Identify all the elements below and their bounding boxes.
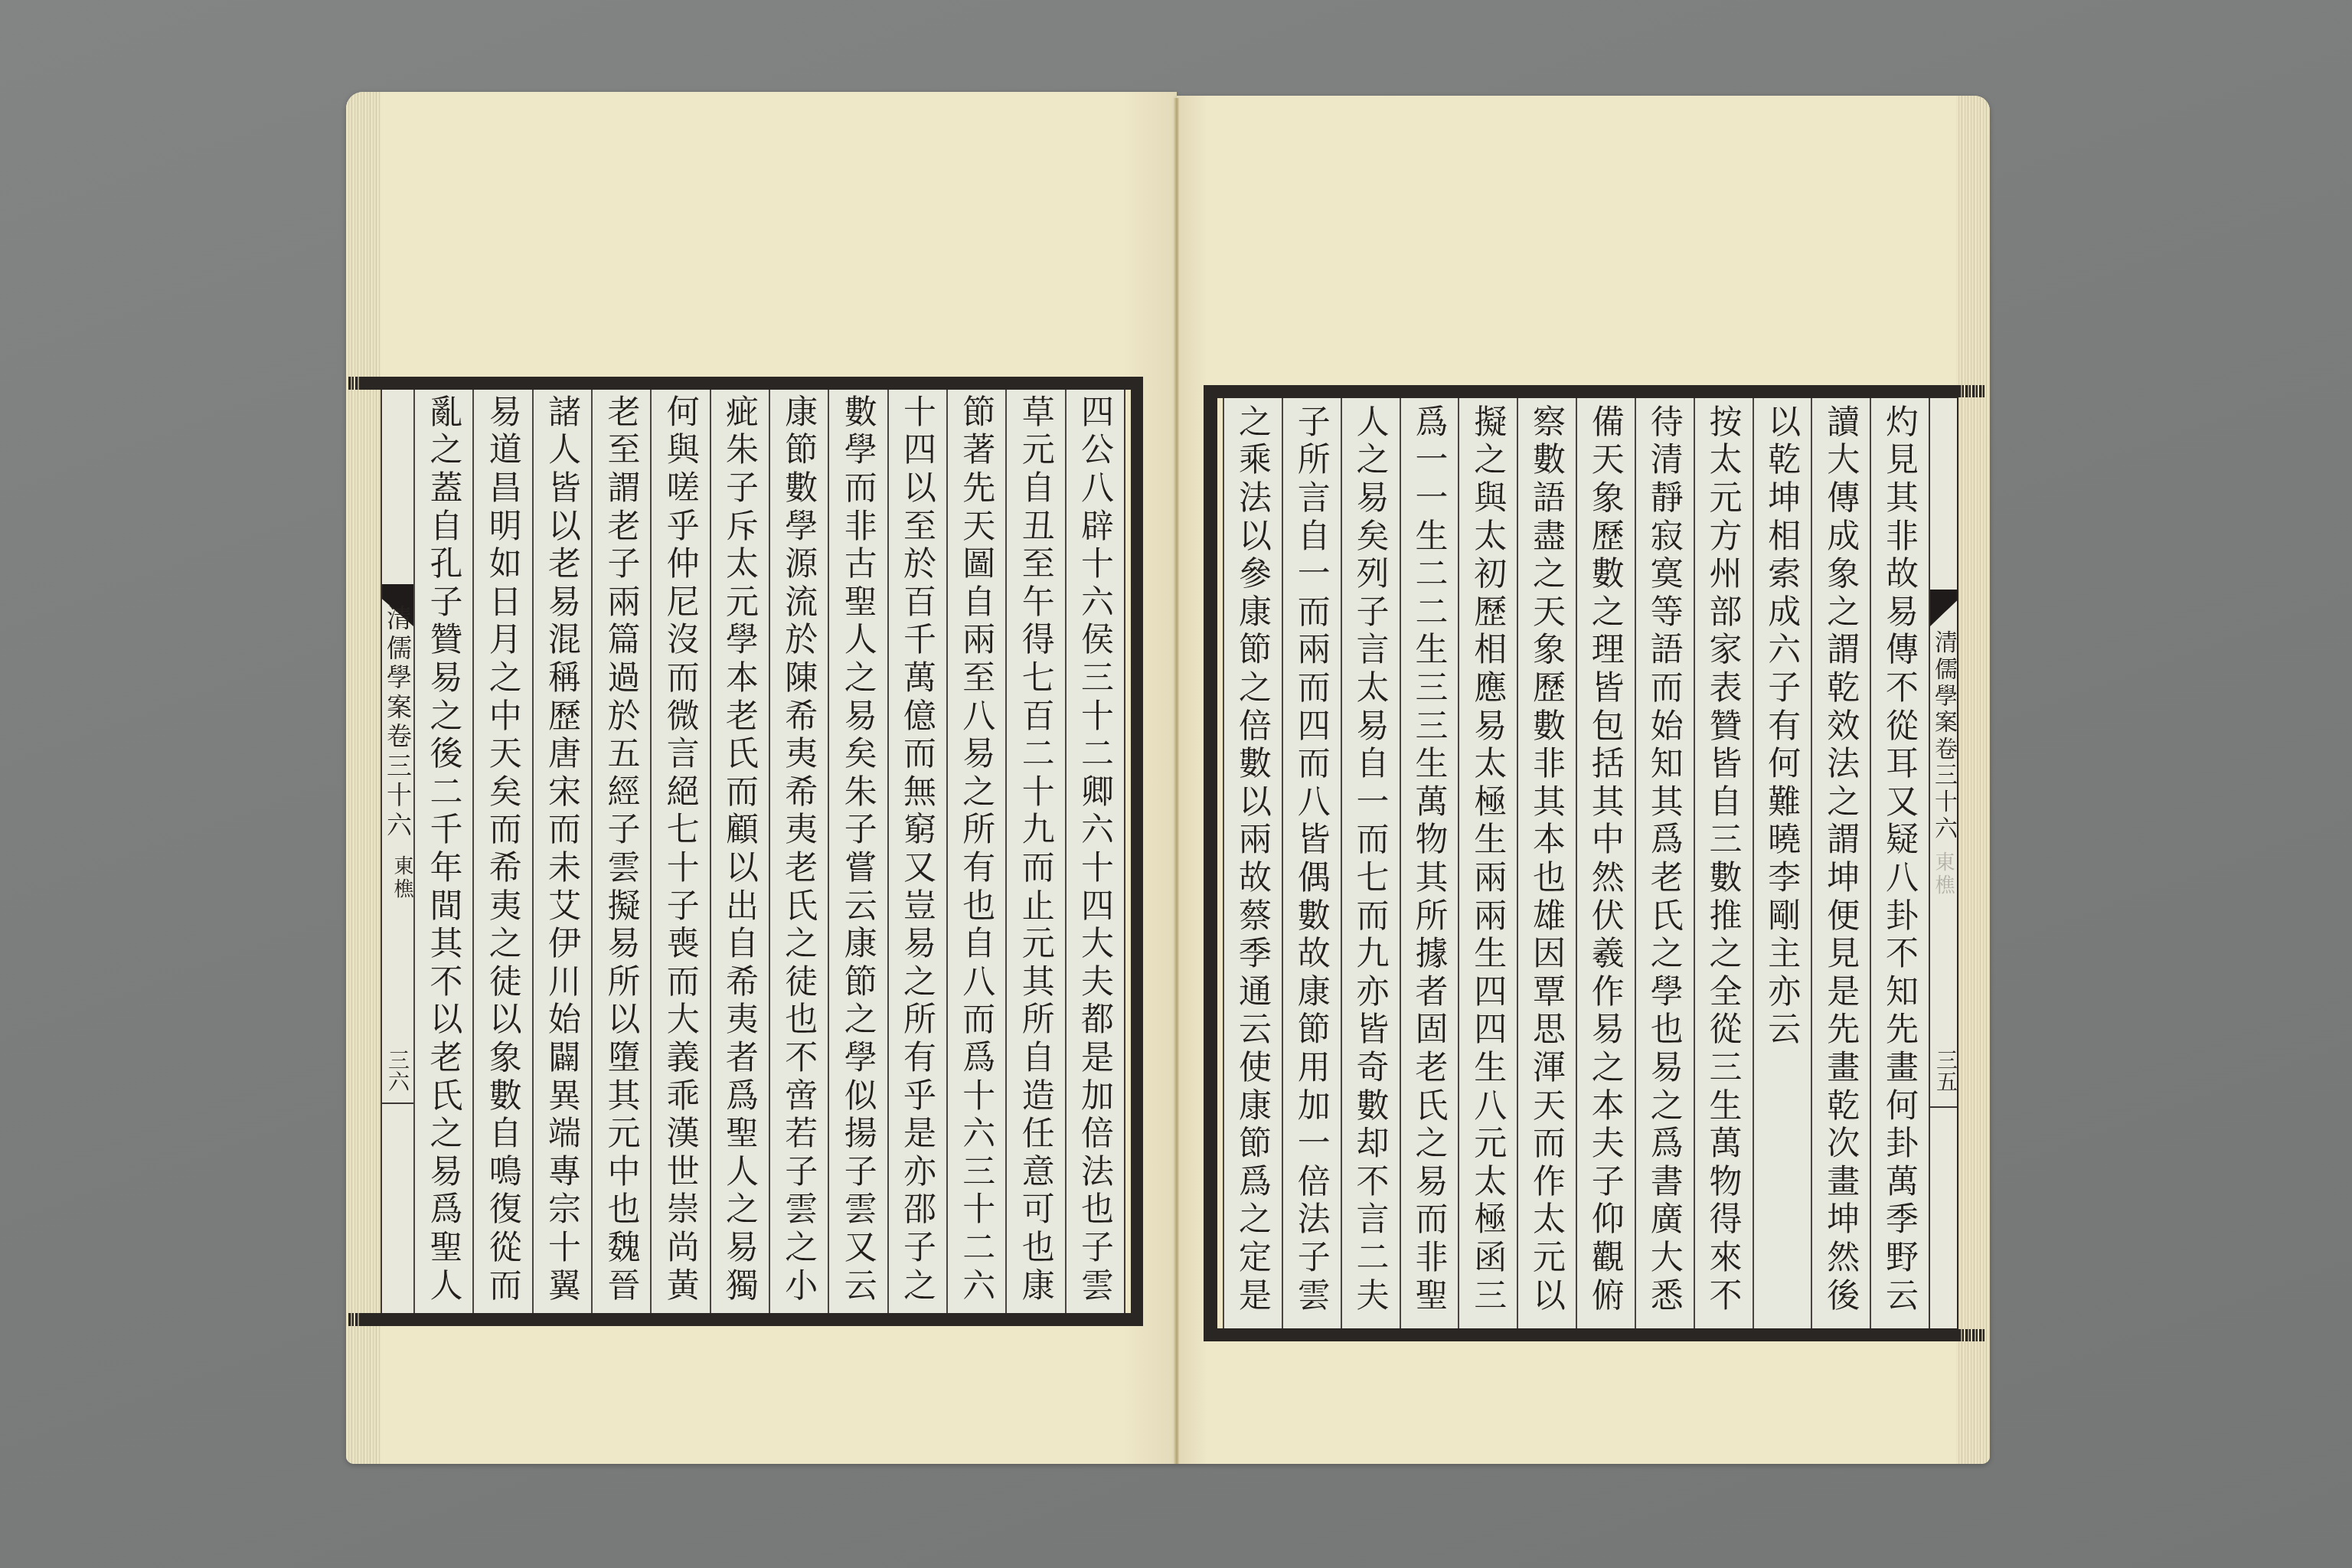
text-column: 之乘法以參康節之倍數以兩故蔡季通云使康節爲之定是: [1223, 398, 1282, 1328]
text-column: 節著先天圖自兩至八易之所有也自八而爲十六三十二六: [946, 390, 1005, 1313]
text-column: 草元自丑至午得七百二十九而止元其所自造任意可也康: [1005, 390, 1064, 1313]
stacked-leaf-border-fragment: [1958, 385, 1984, 397]
margin-book-title: 清儒學案卷三十六: [382, 605, 413, 841]
margin-chapter-name: 東樵: [392, 855, 412, 901]
text-column: 亂之蓋自孔子贊易之後二千年間其不以老氏之易爲聖人: [413, 390, 472, 1313]
page-edge-stack: [1956, 96, 1990, 1464]
text-column: 何與嗟乎仲尼沒而微言絕七十子喪而大義乖漢世崇尚黃: [650, 390, 709, 1313]
text-block: 四公八辟十六侯三十二卿六十四大夫都是加倍法也子雲 草元自丑至午得七百二十九而止元…: [413, 390, 1125, 1313]
text-column: 康節數學源流於陳希夷希夷老氏之徒也不啻若子雲之小: [769, 390, 828, 1313]
text-column: 待清靜寂寞等語而始知其爲老氏之學也易之爲書廣大悉: [1635, 398, 1694, 1328]
text-column: 讀大傳成象之謂乾效法之謂坤便見是先畫乾次畫坤然後: [1811, 398, 1870, 1328]
stacked-leaf-border-fragment: [1958, 1329, 1984, 1341]
text-column: 諸人皆以老易混稱歷唐宋而未艾伊川始闢異端專宗十翼: [532, 390, 591, 1313]
fold-margin: 清儒學案卷三十六 東樵 三五: [1929, 398, 1957, 1328]
text-block: 灼見其非故易傳不從耳又疑八卦不知先畫何卦萬季野云 讀大傳成象之謂乾效法之謂坤便見…: [1223, 398, 1929, 1328]
margin-rule: [382, 1102, 413, 1104]
text-column: 疵朱子斥太元學本老氏而顧以出自希夷者爲聖人之易獨: [710, 390, 769, 1313]
text-frame-left: 清儒學案卷三十六 東樵 三六 四公八辟十六侯三十二卿六十四大夫都是加倍法也子雲 …: [360, 377, 1143, 1326]
text-column: 以乾坤相索成六子有何難曉李剛主亦云: [1753, 398, 1811, 1328]
text-column: 子所言自一而兩而四而八皆偶數故康節用加一倍法子雲: [1282, 398, 1341, 1328]
text-column: 察數語盡之天象歷數非其本也雄因覃思渾天而作太元以: [1517, 398, 1576, 1328]
text-column: 十四以至於百千萬億而無窮又豈易之所有乎是亦邵子之: [887, 390, 946, 1313]
margin-chapter-name: 東樵: [1933, 851, 1953, 897]
text-column: 按太元方州部家表贊皆自三數推之全從三生萬物得來不: [1694, 398, 1753, 1328]
margin-rule: [1930, 1106, 1957, 1108]
text-column: 備天象歷數之理皆包括其中然伏羲作易之本夫子仰觀俯: [1576, 398, 1635, 1328]
fold-margin: 清儒學案卷三十六 東樵 三六: [381, 390, 413, 1313]
page-number: 三五: [1932, 1049, 1959, 1092]
text-column: 人之易矣列子言太易自一而七而九亦皆奇數却不言二夫: [1341, 398, 1400, 1328]
text-column: 四公八辟十六侯三十二卿六十四大夫都是加倍法也子雲: [1065, 390, 1124, 1313]
text-column: 擬之與太初歷相應易太極生兩兩生四四生八元太極函三: [1458, 398, 1517, 1328]
text-column: 爲一一生二二生三三生萬物其所據者固老氏之易而非聖: [1400, 398, 1459, 1328]
stacked-leaf-border-fragment: [348, 377, 360, 390]
text-column: 老至謂老子兩篇過於五經子雲擬易所以墮其元中也魏晉: [591, 390, 650, 1313]
text-column: 數學而非古聖人之易矣朱子嘗云康節之學似揚子雲又云: [828, 390, 887, 1313]
fishtail-ornament-icon: [1930, 590, 1957, 626]
margin-book-title: 清儒學案卷三十六: [1930, 630, 1957, 842]
text-frame-right: 灼見其非故易傳不從耳又疑八卦不知先畫何卦萬季野云 讀大傳成象之謂乾效法之謂坤便見…: [1204, 385, 1958, 1341]
spine-shadow: [1177, 96, 1207, 1464]
text-column: 灼見其非故易傳不從耳又疑八卦不知先畫何卦萬季野云: [1870, 398, 1929, 1328]
text-column: 易道昌明如日月之中天矣而希夷之徒以象數自鳴復從而: [472, 390, 531, 1313]
page-number: 三六: [384, 1049, 411, 1092]
book-spine-gutter: [1174, 98, 1180, 1464]
stacked-leaf-border-fragment: [348, 1313, 360, 1326]
